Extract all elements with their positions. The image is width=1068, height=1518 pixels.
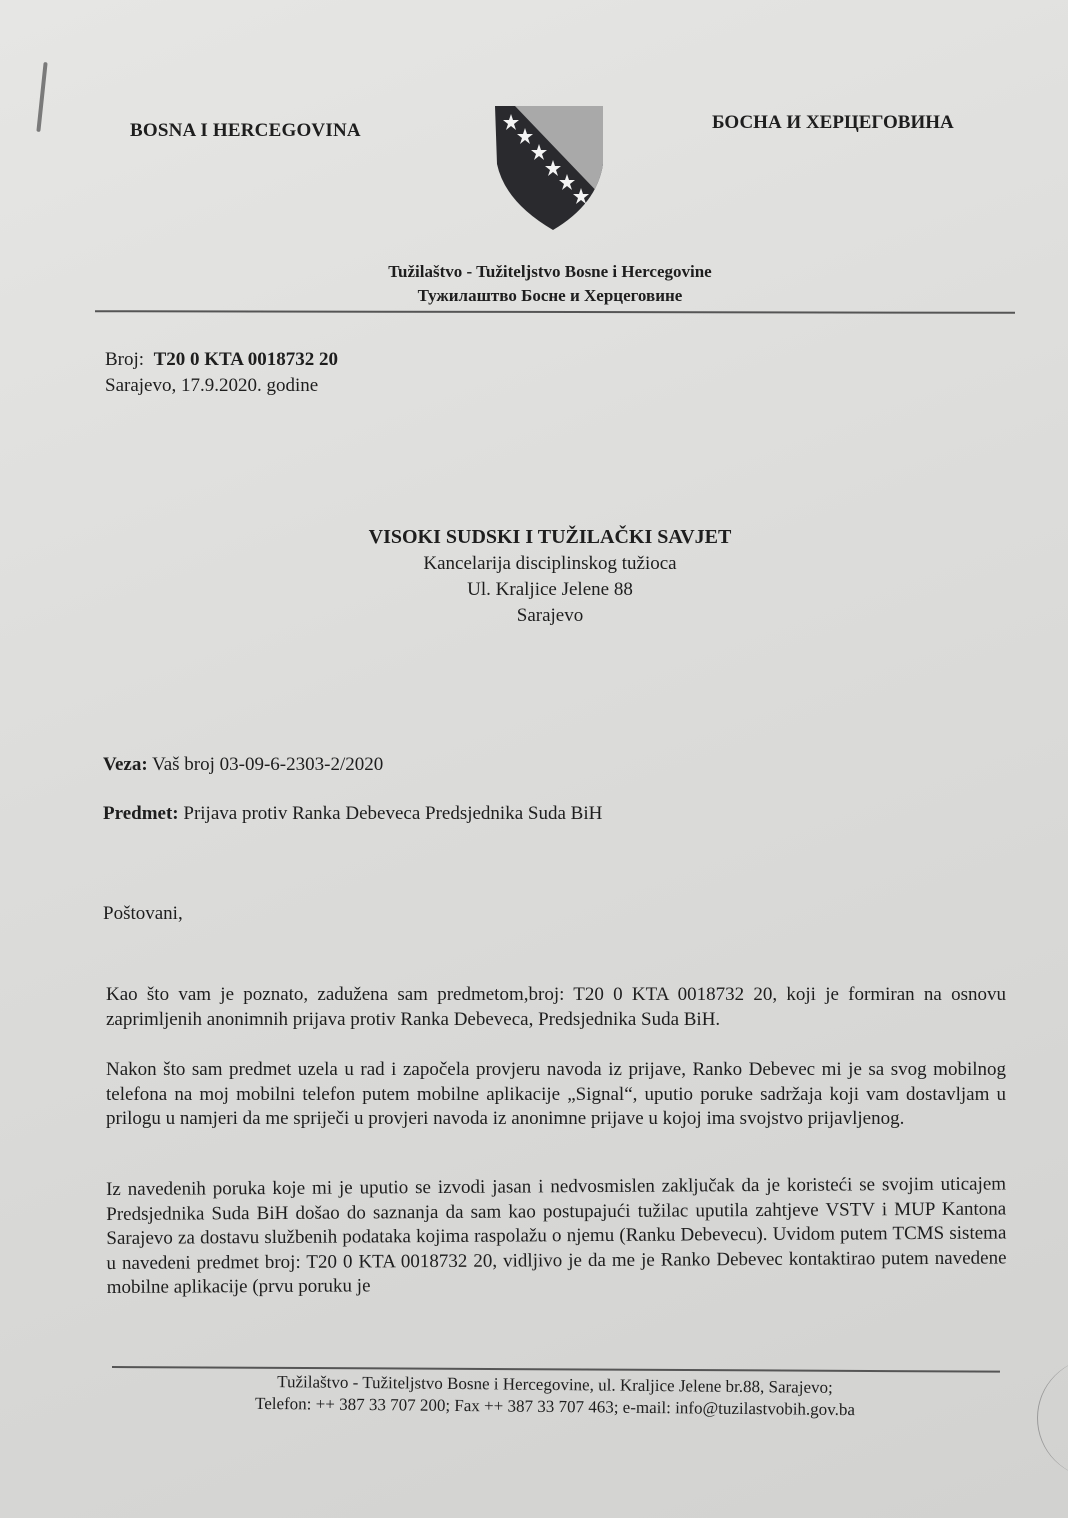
recipient-street: Ul. Kraljice Jelene 88 bbox=[0, 579, 1068, 601]
recipient-name: VISOKI SUDSKI I TUŽILAČKI SAVJET bbox=[0, 526, 1068, 549]
predmet-label: Predmet: bbox=[103, 803, 179, 824]
reference-number-label: Broj: bbox=[105, 349, 144, 370]
recipient-office: Kancelarija disciplinskog tužioca bbox=[0, 553, 1068, 575]
predmet-line: Predmet: Prijava protiv Ranka Debeveca P… bbox=[103, 803, 602, 825]
coat-of-arms-icon bbox=[493, 104, 605, 232]
body-paragraph: Nakon što sam predmet uzela u rad i zapo… bbox=[106, 1058, 1006, 1132]
header-divider bbox=[95, 310, 1015, 314]
body-paragraph: Kao što vam je poznato, zadužena sam pre… bbox=[106, 983, 1006, 1032]
veza-label: Veza: bbox=[103, 754, 148, 775]
reference-number: Broj: T20 0 KTA 0018732 20 bbox=[105, 349, 338, 371]
page-curl-shadow bbox=[1037, 1358, 1068, 1478]
institution-name-latin: Tužilaštvo - Tužiteljstvo Bosne i Herceg… bbox=[0, 262, 1068, 282]
place-date: Sarajevo, 17.9.2020. godine bbox=[105, 375, 318, 397]
country-name-latin: BOSNA I HERCEGOVINA bbox=[130, 120, 361, 142]
country-name-cyrillic: БОСНА И ХЕРЦЕГОВИНА bbox=[712, 112, 954, 134]
veza-value: Vaš broj 03-09-6-2303-2/2020 bbox=[152, 754, 383, 775]
staple-mark bbox=[36, 62, 47, 132]
reference-number-value: T20 0 KTA 0018732 20 bbox=[154, 349, 338, 370]
veza-line: Veza: Vaš broj 03-09-6-2303-2/2020 bbox=[103, 754, 383, 776]
institution-name-cyrillic: Тужилаштво Босне и Херцеговине bbox=[0, 286, 1068, 306]
body-paragraph: Iz navedenih poruka koje mi je uputio se… bbox=[106, 1173, 1007, 1301]
recipient-city: Sarajevo bbox=[0, 605, 1068, 627]
predmet-value: Prijava protiv Ranka Debeveca Predsjedni… bbox=[183, 803, 602, 824]
greeting: Poštovani, bbox=[103, 903, 183, 925]
